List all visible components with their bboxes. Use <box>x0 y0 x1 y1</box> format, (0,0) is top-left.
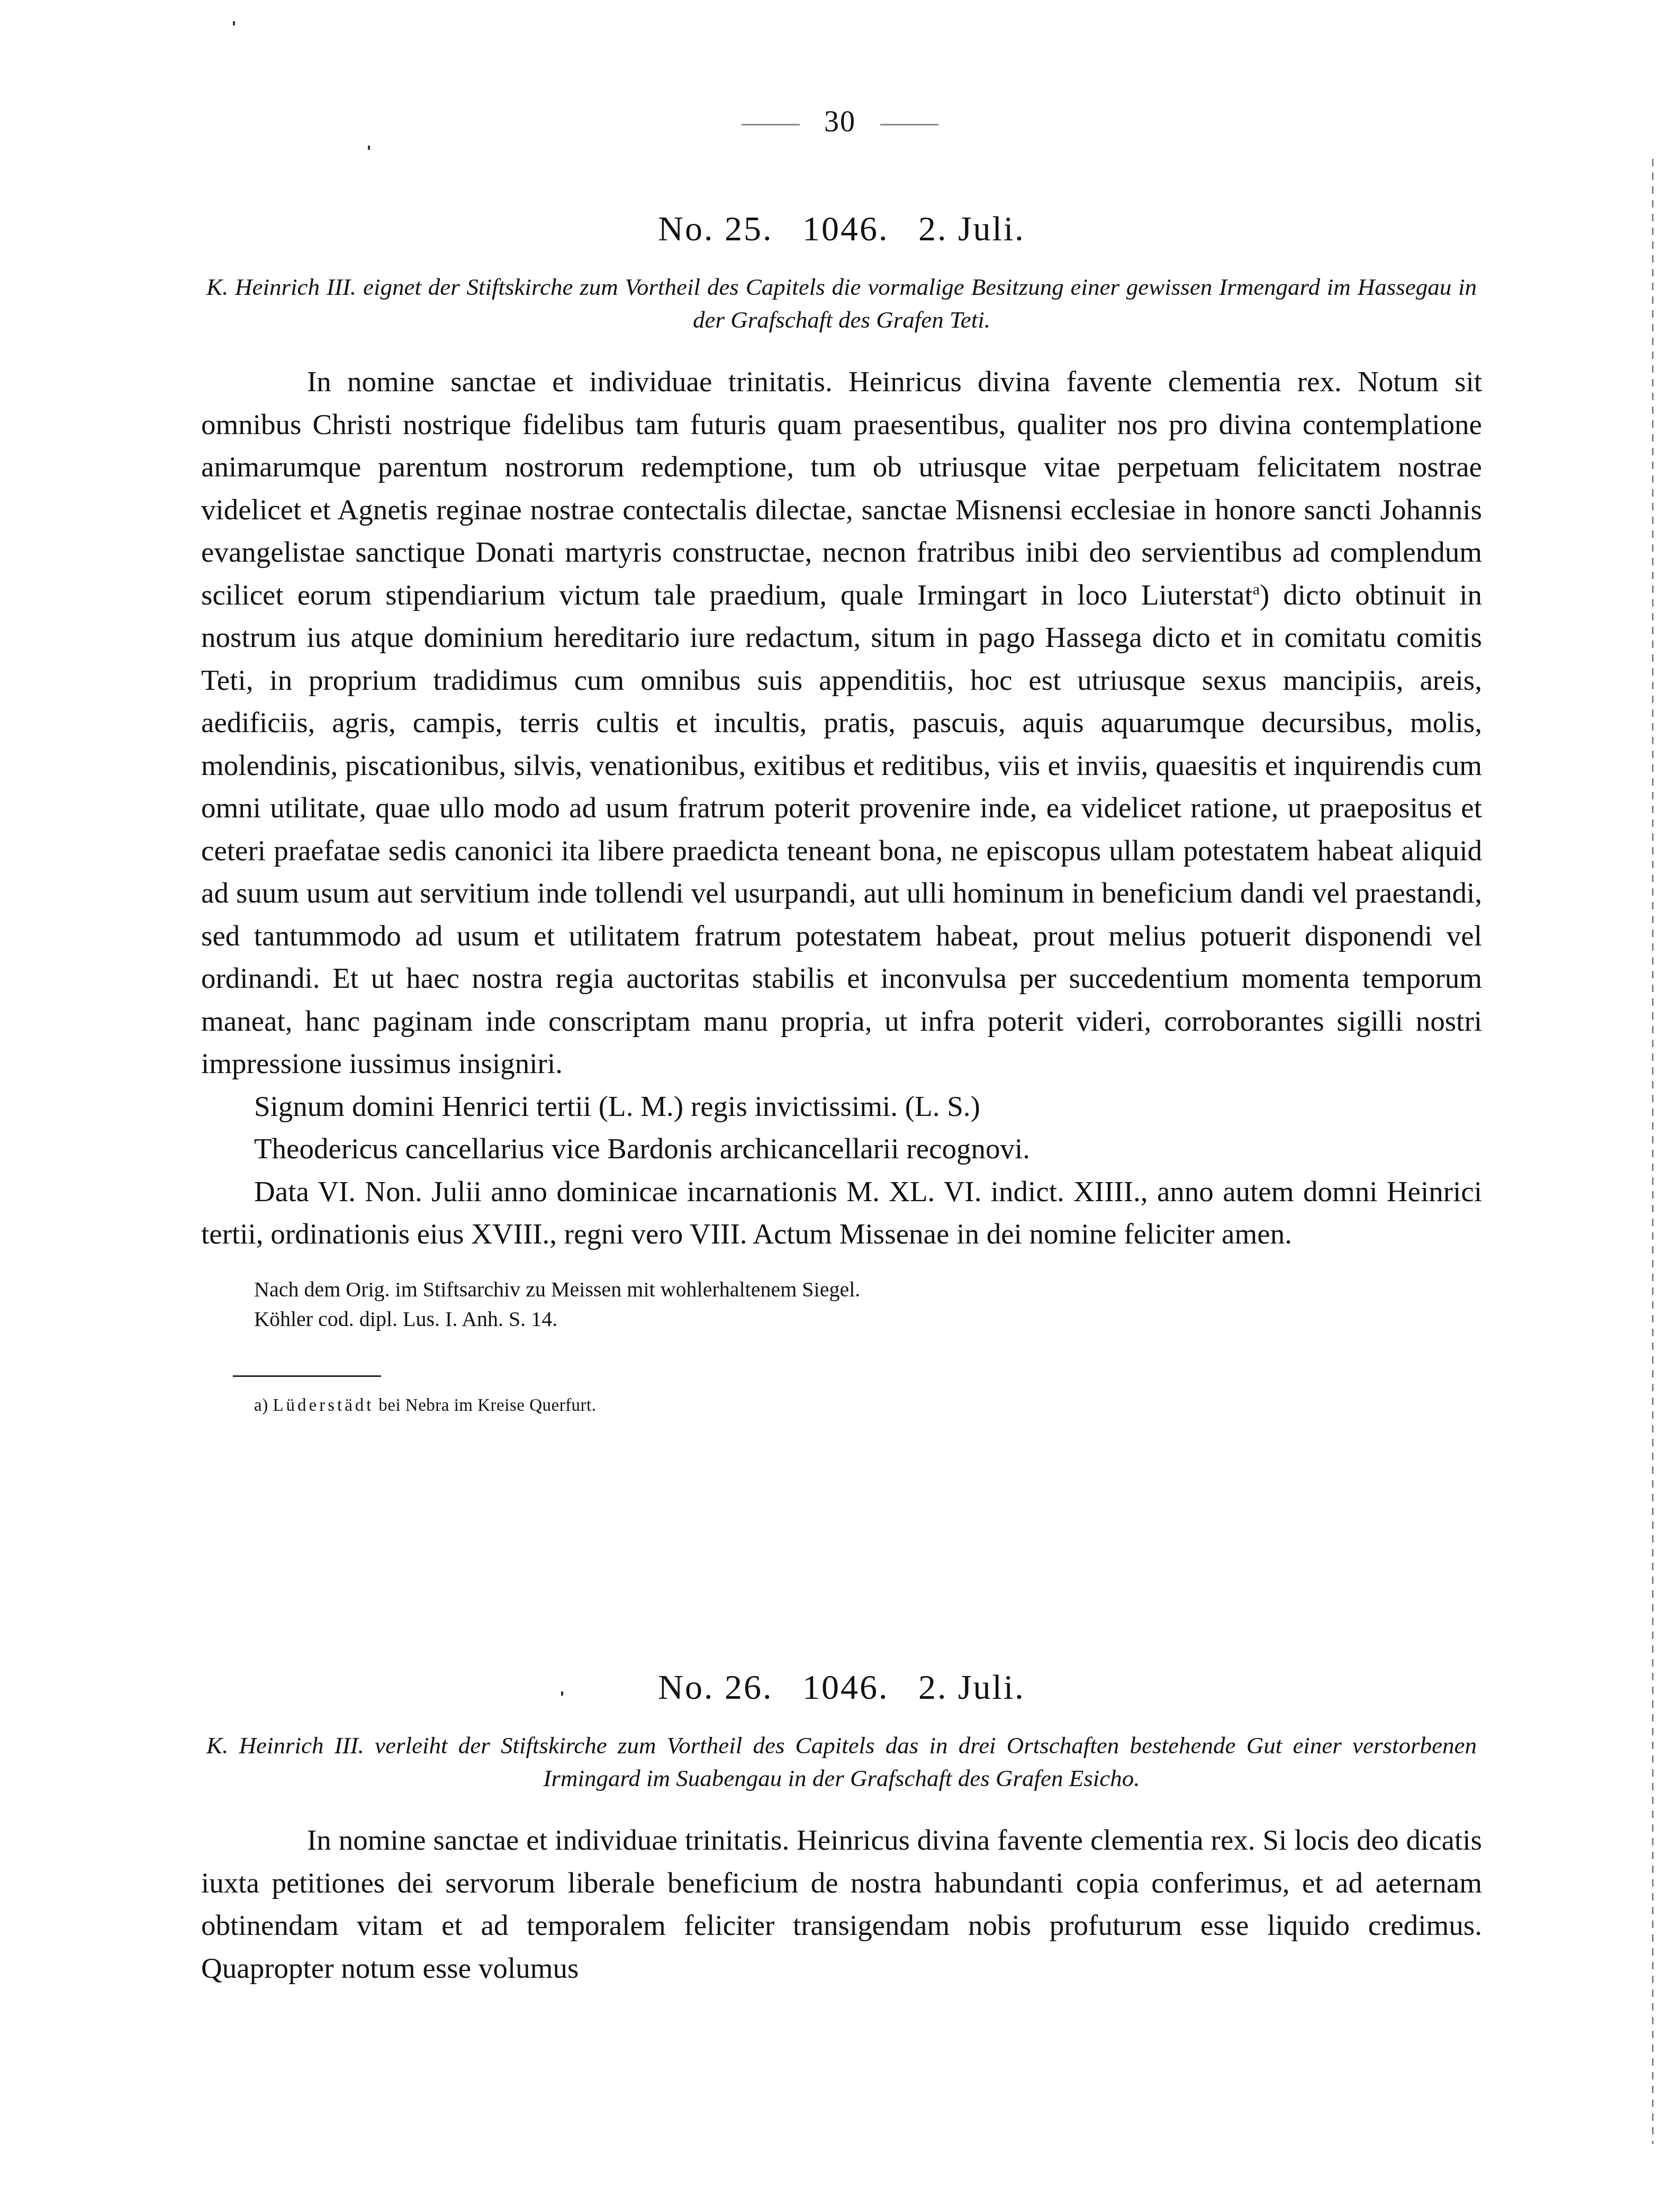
page-number-dash-right <box>880 124 938 125</box>
charter-recognition: Theodericus cancellarius vice Bardonis a… <box>201 1128 1482 1170</box>
charter-body-text: In nomine sanctae et individuae trinitat… <box>201 1824 1482 1984</box>
charter-no-26: No. 26. 1046. 2. Juli. K. Heinrich III. … <box>201 1668 1482 1989</box>
scan-margin-line <box>1652 159 1654 2144</box>
charter-heading: No. 25. 1046. 2. Juli. <box>201 209 1482 249</box>
charter-heading: No. 26. 1046. 2. Juli. <box>201 1668 1482 1708</box>
charter-number: No. 26. <box>658 1668 773 1707</box>
footnote-rule <box>233 1375 381 1377</box>
document-page: 30 No. 25. 1046. 2. Juli. K. Heinrich II… <box>0 0 1680 2207</box>
charter-dating: Data VI. Non. Julii anno dominicae incar… <box>201 1170 1482 1256</box>
source-note: Nach dem Orig. im Stiftsarchiv zu Meisse… <box>254 1275 1482 1304</box>
charter-body: In nomine sanctae et individuae trinitat… <box>201 361 1482 1085</box>
footnote: a) Lüderstädt bei Nebra im Kreise Querfu… <box>254 1396 1482 1416</box>
scan-speck <box>368 146 370 150</box>
source-note: Köhler cod. dipl. Lus. I. Anh. S. 14. <box>254 1304 1482 1334</box>
page-number-dash-left <box>742 124 800 125</box>
charter-body: In nomine sanctae et individuae trinitat… <box>201 1819 1482 1989</box>
charter-year: 1046. <box>802 1668 889 1707</box>
page-number: 30 <box>0 105 1680 139</box>
charter-regest: K. Heinrich III. verleiht der Stiftskirc… <box>201 1729 1482 1795</box>
charter-number: No. 25. <box>658 210 773 248</box>
scan-speck <box>233 21 235 25</box>
charter-year: 1046. <box>802 210 889 248</box>
charter-regest: K. Heinrich III. eignet der Stiftskirche… <box>201 271 1482 336</box>
source-notes: Nach dem Orig. im Stiftsarchiv zu Meisse… <box>254 1275 1482 1334</box>
footnote-text: bei Nebra im Kreise Querfurt. <box>378 1396 596 1415</box>
footnote-marker: a <box>1253 580 1260 598</box>
charter-body-part2: ) dicto obtinuit in nostrum ius atque do… <box>201 579 1482 1080</box>
footnote-marker-label: a) <box>254 1396 268 1415</box>
charter-date: 2. Juli. <box>918 210 1025 248</box>
footnote-place: Lüderstädt <box>273 1396 374 1415</box>
charter-signum: Signum domini Henrici tertii (L. M.) reg… <box>201 1085 1482 1128</box>
page-number-value: 30 <box>824 105 856 138</box>
charter-date: 2. Juli. <box>918 1668 1025 1707</box>
charter-no-25: No. 25. 1046. 2. Juli. K. Heinrich III. … <box>201 209 1482 1416</box>
charter-body-part1: In nomine sanctae et individuae trinitat… <box>201 365 1482 611</box>
